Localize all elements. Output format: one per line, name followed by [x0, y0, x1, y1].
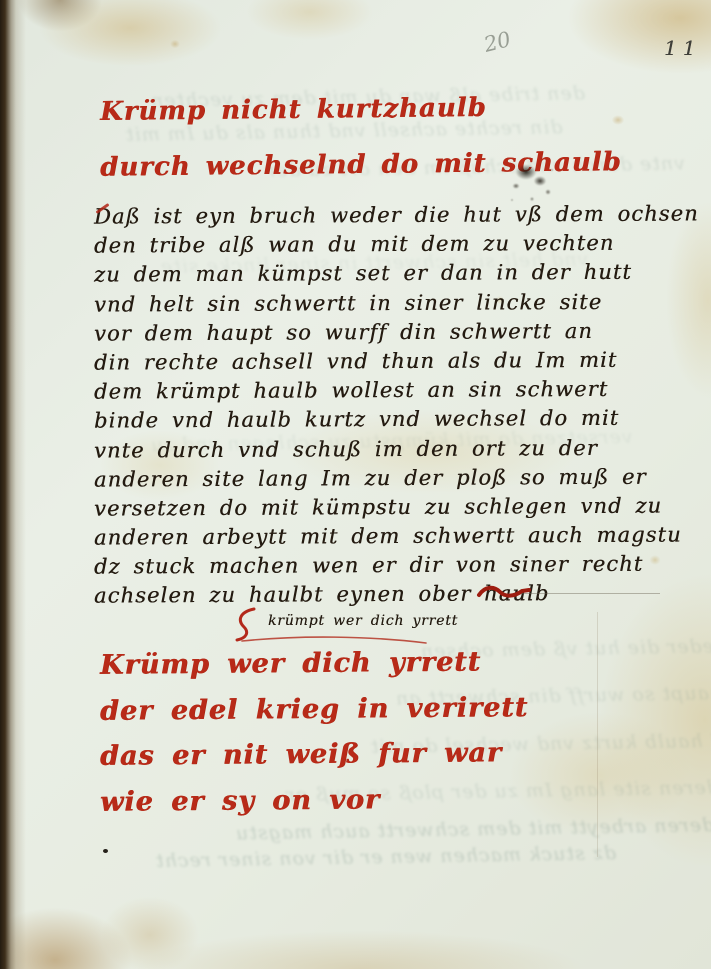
ink-blot — [506, 156, 562, 208]
ruling-crease-line — [597, 612, 598, 857]
binding-edge — [0, 0, 26, 969]
body-text-line: vor dem haupt so wurff din schwertt an — [94, 318, 699, 350]
rubric-heading-line1: Krümp nicht kurtzhaulb — [100, 93, 487, 127]
body-text-line: dz stuck machen wen er dir von siner rec… — [94, 552, 699, 584]
verse-line: Krümp wer dich yrrett — [100, 646, 529, 695]
ruled-hairline — [522, 593, 660, 594]
folio-number: 11 — [664, 36, 701, 60]
body-text-line: zu dem man kümpst set er dan in der hutt — [94, 260, 699, 292]
body-text-line: dem krümpt haulb wollest an sin schwert — [94, 377, 699, 409]
manuscript-page: den tribe alß wan du mit dem zu vechten … — [0, 0, 711, 969]
ghost-text: dz stuck machen wen er dir von siner rec… — [155, 842, 616, 872]
body-text-line: vnte durch vnd schuß im den ort zu der — [94, 435, 699, 467]
body-text-block: Daß ist eyn bruch weder die hut vß dem o… — [94, 203, 699, 612]
annotation-catchword: krümpt wer dich yrrett — [268, 613, 458, 629]
ink-speck — [103, 849, 108, 853]
red-underline — [240, 634, 430, 646]
body-text-line: Daß ist eyn bruch weder die hut vß dem o… — [94, 201, 699, 233]
verse-line: der edel krieg in verirett — [100, 692, 529, 741]
body-text-line: binde vnd haulb kurtz vnd wechsel do mit — [94, 406, 699, 438]
body-text-line: din rechte achsell vnd thun als du Im mi… — [94, 347, 699, 379]
body-text-line: achselen zu haulbt eynen ober haulb — [94, 581, 699, 613]
body-text-line: vnd helt sin schwertt in siner lincke si… — [94, 289, 699, 321]
body-text-line: versetzen do mit kümpstu zu schlegen vnd… — [94, 493, 699, 525]
verse-block: Krümp wer dich yrrett der edel krieg in … — [100, 648, 528, 830]
verse-line: wie er sy on vor — [100, 783, 529, 832]
verse-line: das er nit weiß fur war — [100, 737, 529, 786]
body-text-line: den tribe alß wan du mit dem zu vechten — [94, 231, 699, 263]
body-text-line: anderen site lang Im zu der ploß so muß … — [94, 464, 699, 496]
body-text-line: anderen arbeytt mit dem schwertt auch ma… — [94, 522, 699, 554]
pencil-mark: 20 — [481, 27, 513, 57]
red-flourish-mark — [476, 584, 532, 600]
